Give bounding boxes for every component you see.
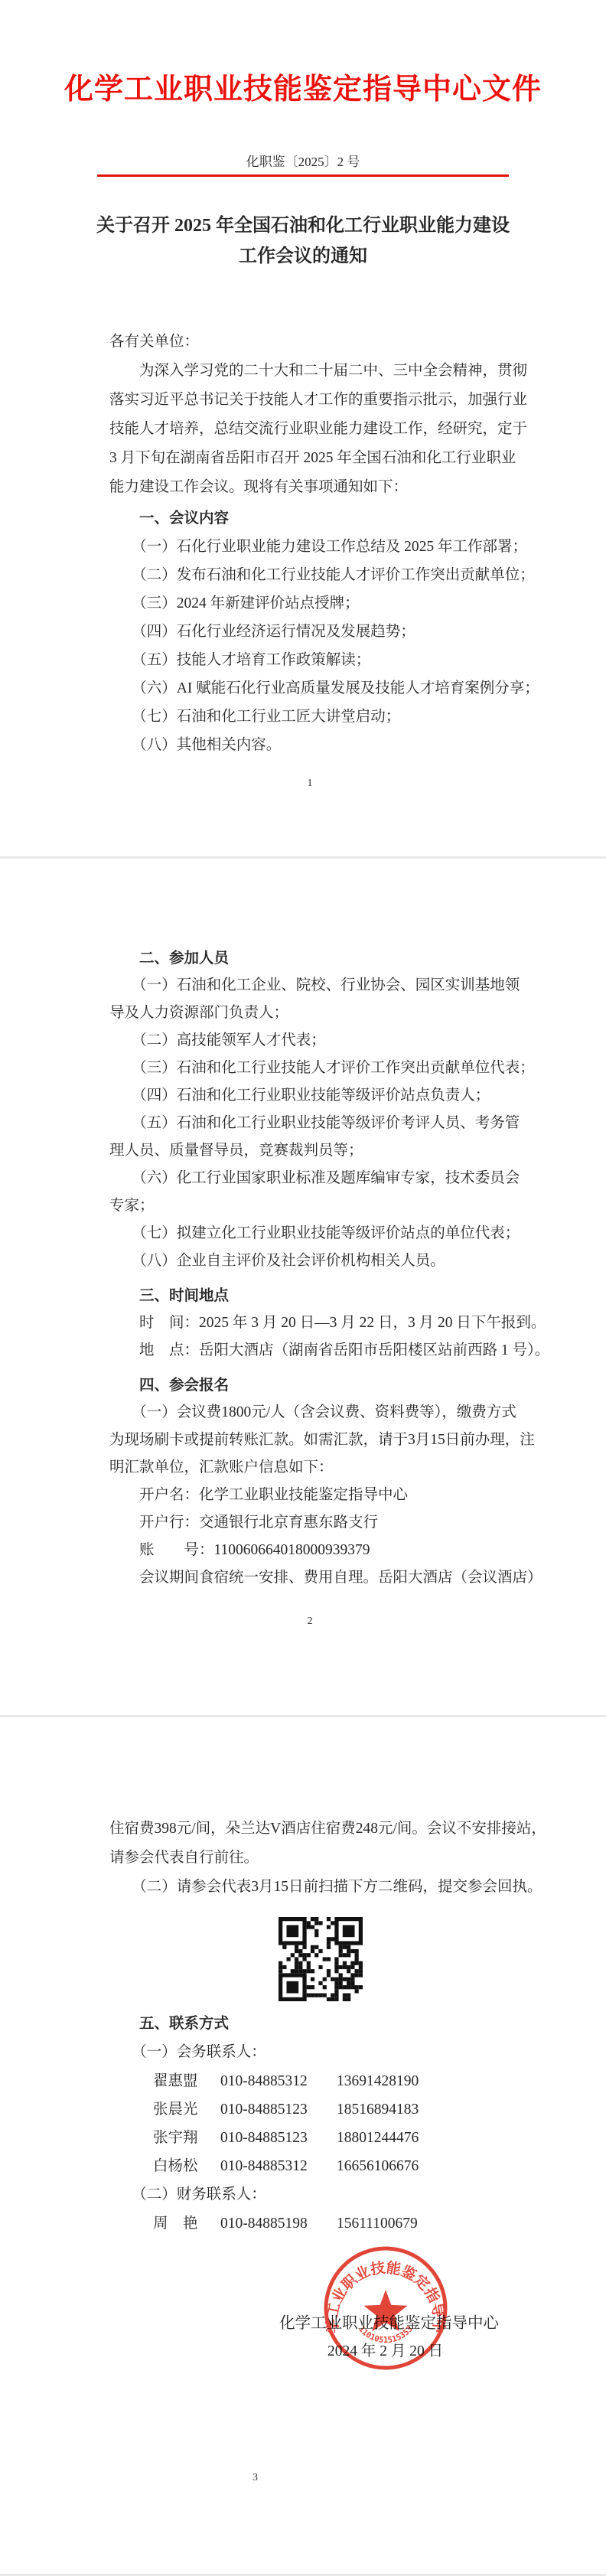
- bank-line: 开户名：化学工业职业技能鉴定指导中心: [109, 1482, 510, 1509]
- contact-name: 周 艳: [153, 2209, 220, 2238]
- document-page-2: 二、参加人员 （一）石油和化工企业、院校、行业协会、园区实训基地领导及人力资源部…: [0, 859, 606, 1715]
- participant-line: （一）石油和化工企业、院校、行业协会、园区实训基地领: [109, 972, 510, 999]
- contact-mobile: 15611100679: [337, 2209, 418, 2238]
- official-red-seal: 化学工业职业技能鉴定指导中心 1101051515353: [321, 2244, 450, 2372]
- contact-name: 张宇翔: [153, 2124, 220, 2152]
- participant-line: （三）石油和化工行业技能人才评价工作突出贡献单位代表；: [109, 1055, 510, 1082]
- participant-line: （二）高技能领军人才代表；: [109, 1027, 510, 1055]
- agenda-item: （二）发布石油和化工行业技能人才评价工作突出贡献单位；: [109, 561, 510, 589]
- intro-line: 能力建设工作会议。现将有关事项通知如下：: [109, 473, 510, 502]
- contact-row: 翟惠盟 010-84885312 13691428190: [109, 2067, 510, 2095]
- red-divider-rule: [97, 174, 509, 177]
- section-heading-2: 二、参加人员: [109, 944, 510, 972]
- agenda-item: （八）其他相关内容。: [109, 731, 510, 759]
- contact-phone: 010-84885123: [220, 2124, 337, 2152]
- salutation: 各有关单位：: [109, 328, 510, 357]
- section-heading-1: 一、会议内容: [109, 504, 510, 533]
- contact-row: 白杨松 010-84885312 16656106676: [109, 2152, 510, 2180]
- participant-line: 导及人力资源部门负责人；: [109, 999, 510, 1027]
- bank-account-block: 开户名：化学工业职业技能鉴定指导中心 开户行：交通银行北京育惠东路支行 账 号：…: [109, 1482, 510, 1564]
- page-number-1: 1: [109, 769, 510, 798]
- bank-line: 开户行：交通银行北京育惠东路支行: [109, 1509, 510, 1537]
- bank-line: 账 号：110060664018000939379: [109, 1537, 510, 1564]
- document-title: 关于召开 2025 年全国石油和化工行业职业能力建设工作会议的通知: [0, 210, 606, 272]
- section-3-lines: 时 间：2025 年 3 月 20 日—3 月 22 日，3 月 20 日下午报…: [109, 1309, 510, 1365]
- contact-name: 翟惠盟: [153, 2067, 220, 2095]
- document-title-line: 工作会议的通知: [0, 241, 606, 272]
- document-page-1: 化学工业职业技能鉴定指导中心文件 化职鉴〔2025〕2 号 关于召开 2025 …: [0, 0, 606, 856]
- contact-phone: 010-84885312: [220, 2152, 337, 2180]
- seal-star-icon: [364, 2290, 408, 2331]
- contact-mobile: 18516894183: [337, 2095, 419, 2124]
- finance-contacts: 周 艳 010-84885198 15611100679: [109, 2209, 510, 2238]
- section-heading-4: 四、参会报名: [109, 1371, 510, 1399]
- intro-paragraph: 为深入学习党的二十大和二十届二中、三中全会精神，贯彻落实习近平总书记关于技能人才…: [109, 357, 510, 502]
- agenda-item: （四）石化行业经济运行情况及发展趋势；: [109, 618, 510, 646]
- intro-line: 落实习近平总书记关于技能人才工作的重要指示批示，加强行业: [109, 386, 510, 415]
- registration-line: 明汇款单位，汇款账户信息如下：: [109, 1454, 510, 1482]
- hotel-fee-line: 住宿费398元/间，朵兰达V酒店住宿费248元/间。会议不安排接站，: [109, 1815, 510, 1844]
- opening-lines: 住宿费398元/间，朵兰达V酒店住宿费248元/间。会议不安排接站，请参会代表自…: [109, 1815, 510, 1902]
- section-1-items: （一）石化行业职业能力建设工作总结及 2025 年工作部署； （二）发布石油和化…: [109, 533, 510, 759]
- page-number-3: 3: [0, 2464, 510, 2493]
- hotel-fee-line: （二）请参会代表3月15日前扫描下方二维码，提交参会回执。: [109, 1873, 510, 1902]
- agenda-item: （七）石油和化工行业工匠大讲堂启动；: [109, 703, 510, 731]
- section-2-lines: （一）石油和化工企业、院校、行业协会、园区实训基地领导及人力资源部门负责人； （…: [109, 972, 510, 1275]
- participant-line: 专家；: [109, 1192, 510, 1220]
- time-place-line: 时 间：2025 年 3 月 20 日—3 月 22 日，3 月 20 日下午报…: [109, 1309, 510, 1337]
- contacts-label-1: （一）会务联系人：: [109, 2038, 510, 2067]
- contact-mobile: 16656106676: [337, 2152, 419, 2180]
- contact-mobile: 13691428190: [337, 2067, 419, 2095]
- contact-name: 白杨松: [153, 2152, 220, 2180]
- section-heading-3: 三、时间地点: [109, 1282, 510, 1309]
- contact-phone: 010-84885123: [220, 2095, 337, 2124]
- contacts-label-2: （二）财务联系人：: [109, 2180, 510, 2209]
- registration-line: （一）会议费1800元/人（含会议费、资料费等），缴费方式: [109, 1399, 510, 1427]
- intro-line: 为深入学习党的二十大和二十届二中、三中全会精神，贯彻: [109, 357, 510, 386]
- agenda-item: （六）AI 赋能石化行业高质量发展及技能人才培育案例分享；: [109, 674, 510, 703]
- document-title-line: 关于召开 2025 年全国石油和化工行业职业能力建设: [0, 210, 606, 241]
- section-4-lines: （一）会议费1800元/人（含会议费、资料费等），缴费方式为现场刷卡或提前转账汇…: [109, 1399, 510, 1482]
- participant-line: （六）化工行业国家职业标准及题库编审专家，技术委员会: [109, 1165, 510, 1192]
- participant-line: （七）拟建立化工行业职业技能等级评价站点的单位代表；: [109, 1220, 510, 1247]
- qr-code: [279, 1917, 363, 2001]
- svg-text:1101051515353: 1101051515353: [357, 2324, 415, 2345]
- agenda-item: （五）技能人才培育工作政策解读；: [109, 646, 510, 674]
- section-heading-5: 五、联系方式: [109, 2009, 510, 2038]
- red-letterhead-title: 化学工业职业技能鉴定指导中心文件: [0, 67, 606, 112]
- participant-line: （四）石油和化工行业职业技能等级评价站点负责人；: [109, 1082, 510, 1110]
- document-number: 化职鉴〔2025〕2 号: [0, 153, 606, 171]
- agenda-item: （一）石化行业职业能力建设工作总结及 2025 年工作部署；: [109, 533, 510, 561]
- contact-name: 张晨光: [153, 2095, 220, 2124]
- contact-phone: 010-84885198: [220, 2209, 337, 2238]
- contact-row: 张晨光 010-84885123 18516894183: [109, 2095, 510, 2124]
- agenda-item: （三）2024 年新建评价站点授牌；: [109, 589, 510, 618]
- page-number-2: 2: [109, 1607, 510, 1636]
- contact-mobile: 18801244476: [337, 2124, 419, 2152]
- lodging-line: 会议期间食宿统一安排、费用自理。岳阳大酒店（会议酒店）: [109, 1564, 510, 1592]
- document-page-3: 住宿费398元/间，朵兰达V酒店住宿费248元/间。会议不安排接站，请参会代表自…: [0, 1717, 606, 2574]
- contact-row: 张宇翔 010-84885123 18801244476: [109, 2124, 510, 2152]
- conference-contacts: 翟惠盟 010-84885312 13691428190 张晨光 010-848…: [109, 2067, 510, 2180]
- participant-line: （五）石油和化工行业职业技能等级评价考评人员、考务管: [109, 1110, 510, 1137]
- seal-code-text: 1101051515353: [357, 2324, 415, 2345]
- time-place-line: 地 点：岳阳大酒店（湖南省岳阳市岳阳楼区站前西路 1 号）。: [109, 1337, 510, 1365]
- contact-row: 周 艳 010-84885198 15611100679: [109, 2209, 510, 2238]
- registration-line: 为现场刷卡或提前转账汇款。如需汇款，请于3月15日前办理，注: [109, 1427, 510, 1454]
- intro-line: 技能人才培养，总结交流行业职业能力建设工作，经研究，定于: [109, 415, 510, 444]
- contact-phone: 010-84885312: [220, 2067, 337, 2095]
- participant-line: （八）企业自主评价及社会评价机构相关人员。: [109, 1247, 510, 1275]
- qr-code-image: [279, 1917, 363, 2001]
- hotel-fee-line: 请参会代表自行前往。: [109, 1844, 510, 1873]
- intro-line: 3 月下旬在湖南省岳阳市召开 2025 年全国石油和化工行业职业: [109, 444, 510, 473]
- participant-line: 理人员、质量督导员，竞赛裁判员等；: [109, 1137, 510, 1165]
